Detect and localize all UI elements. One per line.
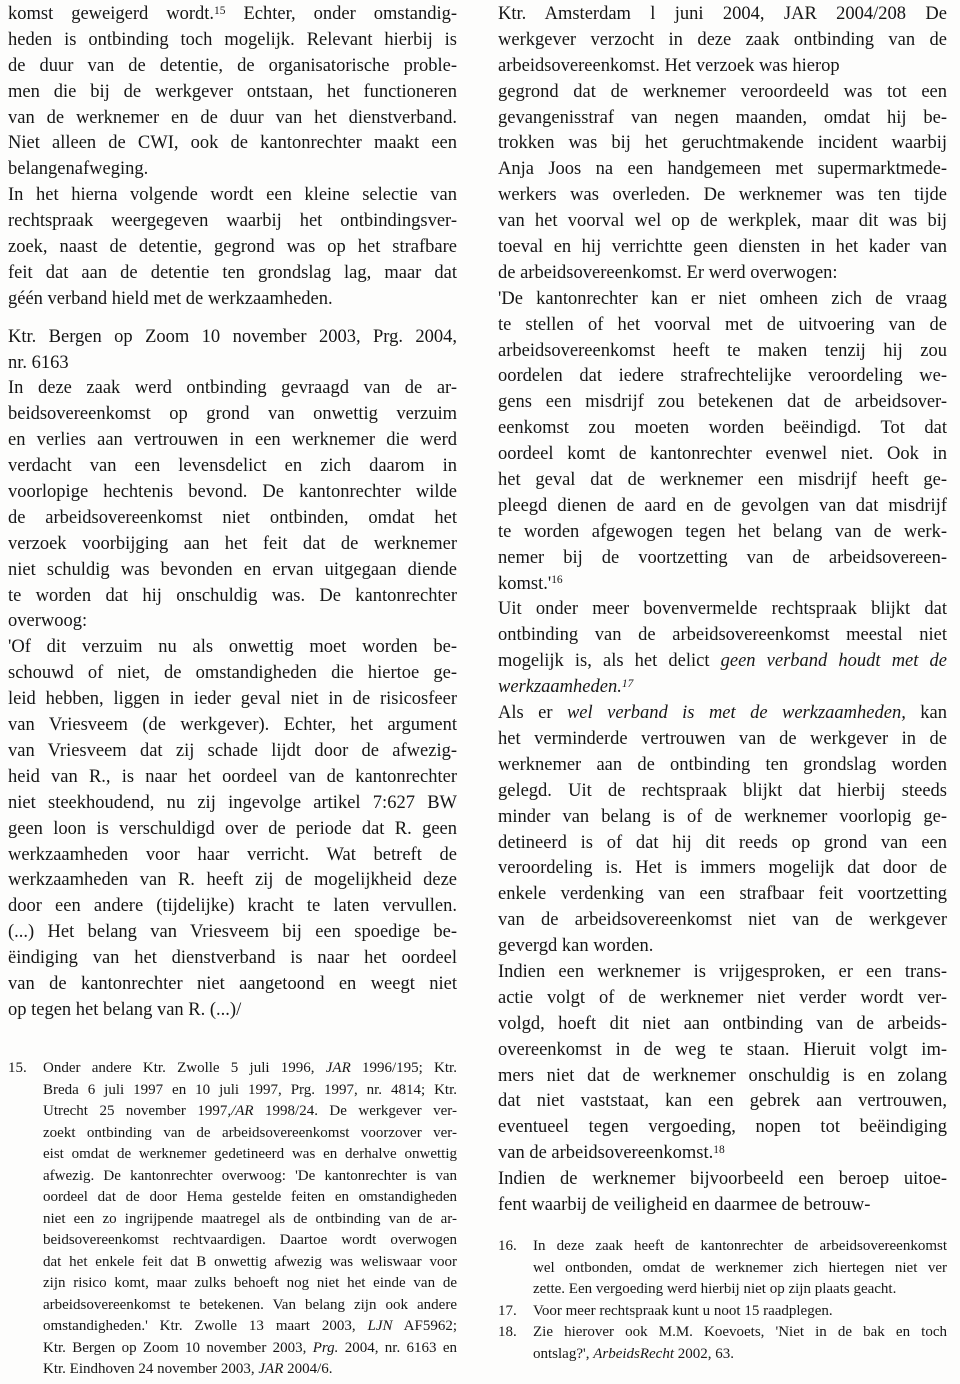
text-segment: In deze zaak heeft de kantonrechter de a… — [533, 1238, 947, 1254]
document-page: komst geweigerd wordt.15 Echter, onder o… — [0, 0, 960, 1384]
footnote-number: 17. — [498, 1301, 517, 1323]
text-line: Ktr. Amsterdam l juni 2004, JAR 2004/208… — [498, 2, 947, 28]
text-segment: beidsovereenkomst op grond van onwettig … — [8, 404, 457, 424]
footnote-line: Onder andere Ktr. Zwolle 5 juli 1996, JA… — [43, 1058, 457, 1080]
text-line: mers niet dat de werknemer onschuldig is… — [498, 1064, 947, 1090]
text-segment: LJN — [368, 1318, 393, 1334]
text-line: en verlies aan vertrouwen in een werknem… — [8, 428, 457, 454]
text-segment: Ktr. Eindhoven 24 november 2003, — [43, 1361, 258, 1377]
text-line: van de kantonrechter niet aangetoond en … — [8, 972, 457, 998]
text-segment: fent waarbij de veiligheid en daarmee de… — [498, 1195, 870, 1215]
text-segment: minder van belang is of de werknemer voo… — [498, 807, 947, 827]
text-line: van het voorval wel op de werkplek, maar… — [498, 209, 947, 235]
text-segment: detineerd is of dat hij dit reeds op gro… — [498, 833, 947, 853]
text-segment: /AR — [231, 1103, 254, 1119]
text-line: Indien een werknemer is vrijgesproken, e… — [498, 960, 947, 986]
text-segment: niet een zo ingrijpende maatregel als de… — [43, 1211, 457, 1227]
footnote-line: afwezig. De kantonrechter overwoog: 'De … — [43, 1166, 457, 1188]
text-segment: schouwd of niet, de omstandigheden die h… — [8, 663, 457, 683]
text-segment: komst geweigerd wordt. — [8, 4, 214, 24]
text-line: door een andere (tijdelijke) kracht te l… — [8, 894, 457, 920]
text-segment: werkers was overleden. De werknemer was … — [498, 185, 947, 205]
footnote: 17.Voor meer rechtspraak kunt u noot 15 … — [498, 1301, 947, 1323]
footnote-line: zoekt ontbinding van de arbeidsovereenko… — [43, 1123, 457, 1145]
text-segment: gevangenisstraf van negen maanden, omdat… — [498, 108, 947, 128]
text-segment: Als er — [498, 703, 567, 723]
text-segment: werknemer aan de ontbinding ten grondsla… — [498, 755, 947, 775]
footnote-line: Breda 6 juli 1997 en 10 juli 1997, Prg. … — [43, 1080, 457, 1102]
text-segment: voorlopige hechtenis bevond. De kantonre… — [8, 482, 457, 502]
text-segment: Ktr. Bergen op Zoom 10 november 2003, Pr… — [8, 327, 457, 347]
text-line: het verminderde vertrouwen van de werkge… — [498, 727, 947, 753]
text-segment: toeval en hij verrichtte geen diensten i… — [498, 237, 947, 257]
text-segment: werkzaamheden voor haar verricht. Wat be… — [8, 845, 457, 865]
text-segment: te stellen of het voorval met de uitvoer… — [498, 315, 947, 335]
footnote: 18.Zie hierover ook M.M. Koevoets, 'Niet… — [498, 1322, 947, 1365]
text-segment: van Vriesveem (de werkgever). Echter, he… — [8, 715, 457, 735]
text-segment: men die bij de werkgever ontstaan, het f… — [8, 82, 457, 102]
footnote-line: dat het enkele feit dat B onwettig afwez… — [43, 1252, 457, 1274]
text-segment: Voor meer rechtspraak kunt u noot 15 raa… — [533, 1303, 833, 1319]
text-line: voorlopige hechtenis bevond. De kantonre… — [8, 480, 457, 506]
text-line: eenkomst zou moeten worden beëindigd. To… — [498, 416, 947, 442]
text-line: van de arbeidsovereenkomst.18 — [498, 1141, 947, 1167]
text-segment: Zie hierover ook M.M. Koevoets, 'Niet in… — [533, 1324, 947, 1340]
text-segment: verzoek voorbijging aan het feit dat de … — [8, 534, 457, 554]
text-segment: te worden dat hij onschuldig was. De kan… — [8, 586, 457, 606]
text-segment: volgd, hoeft dit niet aan ontbinding van… — [498, 1014, 947, 1034]
text-line: gevergd kan worden. — [498, 934, 947, 960]
text-line: te stellen of het voorval met de uitvoer… — [498, 313, 947, 339]
text-line: zoek, naast de detentie, gegrond was op … — [8, 235, 457, 261]
text-segment: enkele verdenking van een strafbaar feit… — [498, 884, 947, 904]
text-line: leid hebben, liggen in ieder geval niet … — [8, 687, 457, 713]
text-segment: arbeidsovereenkomst te betekenen. Van be… — [43, 1297, 457, 1313]
text-segment: Utrecht 25 november 1997, — [43, 1103, 231, 1119]
text-segment: pleegd dienen de aard en de gevolgen van… — [498, 496, 947, 516]
text-segment: en verlies aan vertrouwen in een werknem… — [8, 430, 457, 450]
footnote-line: In deze zaak heeft de kantonrechter de a… — [533, 1236, 947, 1258]
text-line: oordelen dat iedere strafrechtelijke ver… — [498, 364, 947, 390]
text-segment: ëindiging van het dienstverband is naar … — [8, 948, 457, 968]
right-column-footnotes: 16.In deze zaak heeft de kantonrechter d… — [498, 1236, 947, 1365]
footnote-number: 18. — [498, 1322, 517, 1344]
text-line: Als er wel verband is met de werkzaamhed… — [498, 701, 947, 727]
text-line: verdacht van een levensdelict en zich da… — [8, 454, 457, 480]
text-line: heden is ontbinding toch mogelijk. Relev… — [8, 28, 457, 54]
text-segment: eist omdat de werknemer gedetineerd was … — [43, 1146, 457, 1162]
text-segment: zoek, naast de detentie, gegrond was op … — [8, 237, 457, 257]
text-line: werkzaamheden voor haar verricht. Wat be… — [8, 843, 457, 869]
text-segment: komst.' — [498, 574, 551, 594]
text-line: gelegd. Uit de rechtspraak blijkt dat hi… — [498, 779, 947, 805]
text-segment: wel verband is met de werkzaamheden, — [567, 703, 906, 723]
text-segment: In deze zaak werd ontbinding gevraagd va… — [8, 378, 457, 398]
text-segment: 1996/195; Ktr. — [351, 1060, 457, 1076]
text-segment: omstandigheden.' Ktr. Zwolle 13 maart 20… — [43, 1318, 368, 1334]
footnote-line: ontslag?', ArbeidsRecht 2002, 63. — [533, 1344, 947, 1366]
text-line: overwoog: — [8, 609, 457, 635]
text-line: trokken was bij het geruchtmakende incid… — [498, 131, 947, 157]
text-segment: nemer bij de voortzetting van de arbeids… — [498, 548, 947, 568]
text-segment: de arbeidsovereenkomst. Er werd overwoge… — [498, 263, 838, 283]
text-line: Niet alleen de CWI, ook de kantonrechter… — [8, 131, 457, 157]
text-segment: wel ontbonden, omdat de werknemer zich h… — [533, 1260, 947, 1276]
text-segment: Uit onder meer bovenvermelde rechtspraak… — [498, 599, 947, 619]
text-segment: overwoog: — [8, 611, 87, 631]
text-line: de arbeidsovereenkomst niet ontbinden, o… — [8, 506, 457, 532]
text-segment: ontslag?', — [533, 1346, 593, 1362]
text-segment: 2002, 63. — [674, 1346, 734, 1362]
text-segment: kan — [906, 703, 947, 723]
text-line: 'De kantonrechter kan er niet omheen zic… — [498, 287, 947, 313]
text-segment: Ktr. Amsterdam l juni 2004, JAR 2004/208… — [498, 4, 947, 24]
text-segment: het geval dat de werknemer een misdrijf … — [498, 470, 947, 490]
text-segment: van het voorval wel op de werkplek, maar… — [498, 211, 947, 231]
text-segment: Prg. — [313, 1340, 339, 1356]
text-segment: mogelijk is, als het delict — [498, 651, 721, 671]
left-column-footnotes: 15.Onder andere Ktr. Zwolle 5 juli 1996,… — [8, 1058, 457, 1381]
text-segment: In het hierna volgende wordt een kleine … — [8, 185, 457, 205]
text-line: verzoek voorbijging aan het feit dat de … — [8, 532, 457, 558]
text-segment: trokken was bij het geruchtmakende incid… — [498, 133, 947, 153]
footnote-line: wel ontbonden, omdat de werknemer zich h… — [533, 1258, 947, 1280]
text-segment: mers niet dat de werknemer onschuldig is… — [498, 1066, 947, 1086]
text-line: niet steekhoudend, nu zij ingevolge arti… — [8, 791, 457, 817]
text-segment: AF5962; — [393, 1318, 457, 1334]
text-segment: (...) Het belang van Vriesveem bij een s… — [8, 922, 457, 942]
left-column: komst geweigerd wordt.15 Echter, onder o… — [8, 2, 457, 1024]
text-line: (...) Het belang van Vriesveem bij een s… — [8, 920, 457, 946]
text-segment: van de arbeidsovereenkomst niet van de w… — [498, 910, 947, 930]
text-segment: dat het enkele feit dat B onwettig afwez… — [43, 1254, 457, 1270]
footnote-reference: 18 — [713, 1144, 724, 1156]
text-segment: zoekt ontbinding van de arbeidsovereenko… — [43, 1125, 457, 1141]
text-line: In deze zaak werd ontbinding gevraagd va… — [8, 376, 457, 402]
text-segment: 'De kantonrechter kan er niet omheen zic… — [498, 289, 947, 309]
text-line: dat niet vaststaat, kan een gebrek aan v… — [498, 1089, 947, 1115]
text-segment: oordelen dat iedere strafrechtelijke ver… — [498, 366, 947, 386]
text-line: beidsovereenkomst op grond van onwettig … — [8, 402, 457, 428]
text-segment: rechtspraak weergegeven waarbij het ontb… — [8, 211, 457, 231]
text-segment: van de werknemer en de duur van het dien… — [8, 108, 457, 128]
text-line: In het hierna volgende wordt een kleine … — [8, 183, 457, 209]
text-segment: te worden afgewogen tegen het belang van… — [498, 522, 947, 542]
footnote-line: zette. Een vergoeding werd hierbij niet … — [533, 1279, 947, 1301]
text-line: de duur van de detentie, de organisatori… — [8, 54, 457, 80]
text-line: niet schuldig was bevonden en ervan uitg… — [8, 558, 457, 584]
footnote-line: zijn risico komt, maar zulks behoeft nog… — [43, 1273, 457, 1295]
text-line: pleegd dienen de aard en de gevolgen van… — [498, 494, 947, 520]
text-line: actie volgt of de werknemer niet verder … — [498, 986, 947, 1012]
text-line: fent waarbij de veiligheid en daarmee de… — [498, 1193, 947, 1219]
footnote-reference: 16 — [551, 574, 562, 586]
text-line: oordeel komt de kantonrechter evenwel ni… — [498, 442, 947, 468]
footnote-line: beidsovereenkomst rechtvaardigen. Daarto… — [43, 1230, 457, 1252]
text-line: van Vriesveem dat zij schade lijdt door … — [8, 739, 457, 765]
text-line: nemer bij de voortzetting van de arbeids… — [498, 546, 947, 572]
text-line: men die bij de werkgever ontstaan, het f… — [8, 80, 457, 106]
text-line: heid van R., is naar het oordeel van de … — [8, 765, 457, 791]
text-line: eventueel tegen vergoeding, nopen tot be… — [498, 1115, 947, 1141]
footnote-line: eist omdat de werknemer gedetineerd was … — [43, 1144, 457, 1166]
text-line: rechtspraak weergegeven waarbij het ontb… — [8, 209, 457, 235]
right-column: Ktr. Amsterdam l juni 2004, JAR 2004/208… — [498, 2, 947, 1219]
text-segment: Anja Joos na een handgemeen met supermar… — [498, 159, 947, 179]
text-segment: arbeidsovereenkomst. Het verzoek was hie… — [498, 56, 840, 76]
text-segment: eventueel tegen vergoeding, nopen tot be… — [498, 1117, 947, 1137]
text-line: werkers was overleden. De werknemer was … — [498, 183, 947, 209]
text-segment: Breda 6 juli 1997 en 10 juli 1997, Prg. … — [43, 1082, 457, 1098]
text-segment: Ktr. Bergen op Zoom 10 november 2003, — [43, 1340, 313, 1356]
text-segment: oordeel dat de door Hema gestelde feiten… — [43, 1189, 457, 1205]
text-line: van de arbeidsovereenkomst niet van de w… — [498, 908, 947, 934]
text-segment: 2004, nr. 6163 en — [338, 1340, 457, 1356]
text-segment: Indien een werknemer is vrijgesproken, e… — [498, 962, 947, 982]
footnote-line: Ktr. Bergen op Zoom 10 november 2003, Pr… — [43, 1338, 457, 1360]
text-line: te worden dat hij onschuldig was. De kan… — [8, 584, 457, 610]
text-segment: 1998/24. De werkgever ver- — [254, 1103, 457, 1119]
footnote-line: Utrecht 25 november 1997,/AR 1998/24. De… — [43, 1101, 457, 1123]
text-line: 'Of dit verzuim nu als onwettig moet wor… — [8, 635, 457, 661]
text-line: veroordeling is. Het is immers mogelijk … — [498, 856, 947, 882]
text-segment: ArbeidsRecht — [593, 1346, 674, 1362]
text-segment: afwezig. De kantonrechter overwoog: 'De … — [43, 1168, 457, 1184]
text-segment: niet schuldig was bevonden en ervan uitg… — [8, 560, 457, 580]
text-line: ontbinding van de arbeidsovereenkomst me… — [498, 623, 947, 649]
text-segment: gelegd. Uit de rechtspraak blijkt dat hi… — [498, 781, 947, 801]
text-segment: 'Of dit verzuim nu als onwettig moet wor… — [8, 637, 457, 657]
footnote-line: Voor meer rechtspraak kunt u noot 15 raa… — [533, 1301, 947, 1323]
text-segment: geen verband houdt met de — [721, 651, 947, 671]
text-segment: Onder andere Ktr. Zwolle 5 juli 1996, — [43, 1060, 326, 1076]
text-line: belangenafweging. — [8, 157, 457, 183]
text-segment: belangenafweging. — [8, 159, 148, 179]
text-line: ëindiging van het dienstverband is naar … — [8, 946, 457, 972]
text-line: feit dat aan de detentie ten grondslag l… — [8, 261, 457, 287]
text-segment: door een andere (tijdelijke) kracht te l… — [8, 896, 457, 916]
footnote-line: omstandigheden.' Ktr. Zwolle 13 maart 20… — [43, 1316, 457, 1338]
paragraph-gap — [8, 313, 457, 325]
footnote-reference: 15 — [214, 5, 225, 17]
text-segment: ontbinding van de arbeidsovereenkomst me… — [498, 625, 947, 645]
text-segment: eenkomst zou moeten worden beëindigd. To… — [498, 418, 947, 438]
footnote-line: Zie hierover ook M.M. Koevoets, 'Niet in… — [533, 1322, 947, 1344]
text-segment: JAR — [326, 1060, 351, 1076]
text-segment: arbeidsovereenkomst heeft te maken tenzi… — [498, 341, 947, 361]
text-segment: op tegen het belang van R. (...)/ — [8, 1000, 241, 1020]
text-segment: de duur van de detentie, de organisatori… — [8, 56, 457, 76]
text-line: Ktr. Bergen op Zoom 10 november 2003, Pr… — [8, 325, 457, 351]
footnote: 16.In deze zaak heeft de kantonrechter d… — [498, 1236, 947, 1301]
footnote-number: 15. — [8, 1058, 27, 1080]
text-line: het geval dat de werknemer een misdrijf … — [498, 468, 947, 494]
text-segment: leid hebben, liggen in ieder geval niet … — [8, 689, 457, 709]
text-line: Uit onder meer bovenvermelde rechtspraak… — [498, 597, 947, 623]
text-line: geen loon is verschuldigd over de period… — [8, 817, 457, 843]
text-line: arbeidsovereenkomst heeft te maken tenzi… — [498, 339, 947, 365]
text-segment: Niet alleen de CWI, ook de kantonrechter… — [8, 133, 457, 153]
footnote-number: 16. — [498, 1236, 517, 1258]
text-line: gegrond dat de werknemer veroordeeld was… — [498, 80, 947, 106]
text-segment: nr. 6163 — [8, 353, 69, 373]
footnote-line: niet een zo ingrijpende maatregel als de… — [43, 1209, 457, 1231]
text-line: volgd, hoeft dit niet aan ontbinding van… — [498, 1012, 947, 1038]
text-segment: van de arbeidsovereenkomst. — [498, 1143, 713, 1163]
text-segment: geen loon is verschuldigd over de period… — [8, 819, 457, 839]
text-line: komst geweigerd wordt.15 Echter, onder o… — [8, 2, 457, 28]
text-segment: het verminderde vertrouwen van de werkge… — [498, 729, 947, 749]
text-segment: beidsovereenkomst rechtvaardigen. Daarto… — [43, 1232, 457, 1248]
text-line: arbeidsovereenkomst. Het verzoek was hie… — [498, 54, 947, 80]
text-segment: géén verband hield met de werkzaamheden. — [8, 289, 333, 309]
text-line: minder van belang is of de werknemer voo… — [498, 805, 947, 831]
text-segment: overeenkomst in de weg te staan. Hieruit… — [498, 1040, 947, 1060]
text-segment: van de kantonrechter niet aangetoond en … — [8, 974, 457, 994]
text-segment: veroordeling is. Het is immers mogelijk … — [498, 858, 947, 878]
text-line: te worden afgewogen tegen het belang van… — [498, 520, 947, 546]
text-line: werknemer aan de ontbinding ten grondsla… — [498, 753, 947, 779]
text-segment: Echter, onder omstandig- — [226, 4, 457, 24]
text-segment: gens een misdrijf zou betekenen dat de a… — [498, 392, 947, 412]
text-segment: werkgever verzocht in deze zaak ontbindi… — [498, 30, 947, 50]
text-segment: gegrond dat de werknemer veroordeeld was… — [498, 82, 947, 102]
text-segment: heden is ontbinding toch mogelijk. Relev… — [8, 30, 457, 50]
text-segment: niet steekhoudend, nu zij ingevolge arti… — [8, 793, 457, 813]
text-segment: 2004/6. — [283, 1361, 332, 1377]
text-segment: Indien de werknemer bijvoorbeeld een ber… — [498, 1169, 947, 1189]
text-segment: werkzaamheden van R. heeft zij de mogeli… — [8, 870, 457, 890]
text-line: de arbeidsovereenkomst. Er werd overwoge… — [498, 261, 947, 287]
footnote-line: Ktr. Eindhoven 24 november 2003, JAR 200… — [43, 1359, 457, 1381]
text-segment: zette. Een vergoeding werd hierbij niet … — [533, 1281, 896, 1297]
text-line: werkzaamheden.17 — [498, 675, 947, 701]
text-line: werkzaamheden van R. heeft zij de mogeli… — [8, 868, 457, 894]
text-segment: feit dat aan de detentie ten grondslag l… — [8, 263, 457, 283]
text-line: gevangenisstraf van negen maanden, omdat… — [498, 106, 947, 132]
text-line: toeval en hij verrichtte geen diensten i… — [498, 235, 947, 261]
text-segment: gevergd kan worden. — [498, 936, 653, 956]
text-segment: dat niet vaststaat, kan een gebrek aan v… — [498, 1091, 947, 1111]
text-segment: oordeel komt de kantonrechter evenwel ni… — [498, 444, 947, 464]
footnote-line: oordeel dat de door Hema gestelde feiten… — [43, 1187, 457, 1209]
footnote-reference: 17 — [622, 678, 633, 690]
footnote: 15.Onder andere Ktr. Zwolle 5 juli 1996,… — [8, 1058, 457, 1381]
text-line: Indien de werknemer bijvoorbeeld een ber… — [498, 1167, 947, 1193]
text-line: werkgever verzocht in deze zaak ontbindi… — [498, 28, 947, 54]
text-line: géén verband hield met de werkzaamheden. — [8, 287, 457, 313]
text-line: op tegen het belang van R. (...)/ — [8, 998, 457, 1024]
text-line: komst.'16 — [498, 572, 947, 598]
text-segment: JAR — [258, 1361, 283, 1377]
text-line: van Vriesveem (de werkgever). Echter, he… — [8, 713, 457, 739]
footnote-line: arbeidsovereenkomst te betekenen. Van be… — [43, 1295, 457, 1317]
text-line: nr. 6163 — [8, 351, 457, 377]
text-segment: zijn risico komt, maar zulks behoeft nog… — [43, 1275, 457, 1291]
text-segment: werkzaamheden. — [498, 677, 622, 697]
text-segment: van Vriesveem dat zij schade lijdt door … — [8, 741, 457, 761]
text-segment: actie volgt of de werknemer niet verder … — [498, 988, 947, 1008]
text-segment: verdacht van een levensdelict en zich da… — [8, 456, 457, 476]
text-line: mogelijk is, als het delict geen verband… — [498, 649, 947, 675]
text-line: van de werknemer en de duur van het dien… — [8, 106, 457, 132]
text-line: overeenkomst in de weg te staan. Hieruit… — [498, 1038, 947, 1064]
text-line: Anja Joos na een handgemeen met supermar… — [498, 157, 947, 183]
text-segment: de arbeidsovereenkomst niet ontbinden, o… — [8, 508, 457, 528]
text-line: detineerd is of dat hij dit reeds op gro… — [498, 831, 947, 857]
text-segment: heid van R., is naar het oordeel van de … — [8, 767, 457, 787]
text-line: gens een misdrijf zou betekenen dat de a… — [498, 390, 947, 416]
text-line: enkele verdenking van een strafbaar feit… — [498, 882, 947, 908]
text-line: schouwd of niet, de omstandigheden die h… — [8, 661, 457, 687]
